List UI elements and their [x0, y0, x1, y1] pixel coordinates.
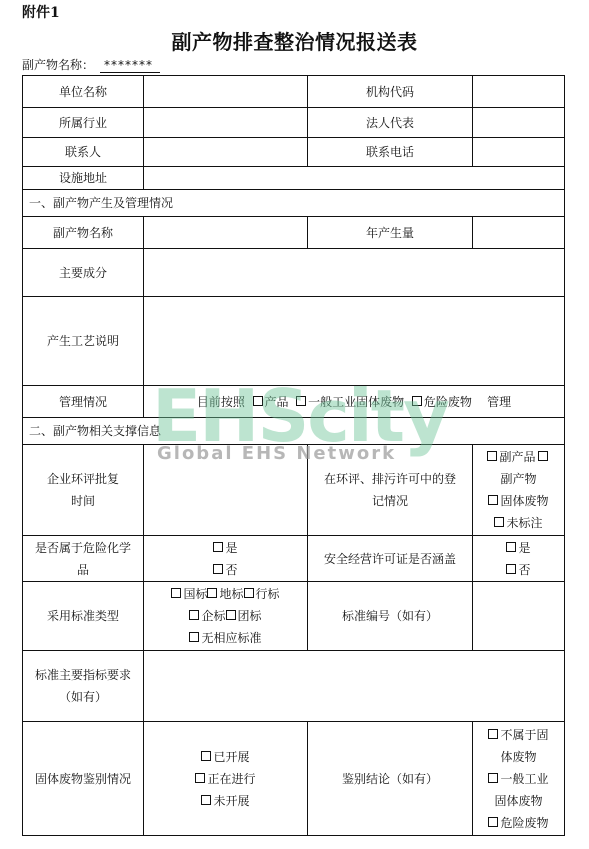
solid-waste-id-label: 固体废物鉴别情况 [23, 722, 144, 836]
option-solid-waste[interactable]: 固体废物 [500, 494, 548, 508]
checkbox-icon[interactable] [296, 396, 306, 406]
management-prefix: 目前按照 [197, 395, 245, 409]
std-national[interactable]: 国标 [183, 587, 207, 601]
checkbox-icon[interactable] [244, 588, 254, 598]
safety-permit-label: 安全经营许可证是否涵盖 [308, 536, 473, 582]
hazchem-label: 是否属于危险化学 品 [23, 536, 144, 582]
checkbox-icon[interactable] [226, 610, 236, 620]
section2-heading: 二、副产物相关支撑信息 [23, 418, 565, 445]
main-components-label: 主要成分 [23, 249, 144, 297]
checkbox-icon[interactable] [488, 773, 498, 783]
std-enterprise[interactable]: 企标 [201, 609, 225, 623]
checkbox-icon[interactable] [207, 588, 217, 598]
checkbox-icon[interactable] [494, 517, 504, 527]
process-desc-label: 产生工艺说明 [23, 297, 144, 386]
byproduct-name-row-label: 副产物名称 [23, 217, 144, 249]
annual-output-label: 年产生量 [308, 217, 473, 249]
contact-label: 联系人 [23, 138, 144, 167]
hazchem-yes[interactable]: 是 [225, 541, 237, 555]
checkbox-icon[interactable] [213, 542, 223, 552]
standard-no-label: 标准编号（如有） [308, 582, 473, 651]
standard-no-field[interactable] [473, 582, 565, 651]
section1-heading: 一、副产物产生及管理情况 [23, 190, 565, 217]
registration-options: 副产品 副产物 固体废物 未标注 [473, 445, 565, 536]
checkbox-icon[interactable] [506, 564, 516, 574]
byproduct-name-line: 副产物名称：******* [22, 56, 160, 73]
std-industry[interactable]: 行标 [256, 587, 280, 601]
conclusion-hazardous-waste[interactable]: 危险废物 [500, 816, 548, 830]
standard-req-field[interactable] [144, 651, 565, 722]
conclusion-general-solid-waste[interactable]: 一般工业 [500, 772, 548, 786]
conclusion-label: 鉴别结论（如有） [308, 722, 473, 836]
management-option-product[interactable]: 产品 [253, 395, 289, 409]
management-options: 目前按照 产品 一般工业固体废物 危险废物 管理 [144, 386, 565, 418]
byproduct-name-value[interactable]: ******* [100, 58, 160, 73]
id-in-progress[interactable]: 正在进行 [207, 772, 255, 786]
contact-field[interactable] [144, 138, 308, 167]
std-local[interactable]: 地标 [219, 587, 243, 601]
industry-field[interactable] [144, 108, 308, 138]
standard-type-options: 国标地标行标 企标团标 无相应标准 [144, 582, 308, 651]
hazchem-no[interactable]: 否 [225, 563, 237, 577]
checkbox-icon[interactable] [189, 610, 199, 620]
management-suffix: 管理 [487, 395, 511, 409]
report-form-table: 单位名称 机构代码 所属行业 法人代表 联系人 联系电话 设施地址 一、副产物产… [22, 75, 565, 836]
standard-req-label: 标准主要指标要求 （如有） [23, 651, 144, 722]
annual-output-field[interactable] [473, 217, 565, 249]
org-code-field[interactable] [473, 76, 565, 108]
eia-approval-field[interactable] [144, 445, 308, 536]
checkbox-icon[interactable] [195, 773, 205, 783]
std-none[interactable]: 无相应标准 [201, 631, 261, 645]
phone-field[interactable] [473, 138, 565, 167]
hazchem-options: 是 否 [144, 536, 308, 582]
safety-permit-yes[interactable]: 是 [518, 541, 530, 555]
checkbox-icon[interactable] [412, 396, 422, 406]
checkbox-icon[interactable] [538, 451, 548, 461]
id-not-started[interactable]: 未开展 [213, 794, 249, 808]
checkbox-icon[interactable] [171, 588, 181, 598]
main-components-field[interactable] [144, 249, 565, 297]
management-option-general-solid-waste[interactable]: 一般工业固体废物 [296, 395, 404, 409]
legal-rep-label: 法人代表 [308, 108, 473, 138]
checkbox-icon[interactable] [488, 729, 498, 739]
checkbox-icon[interactable] [201, 795, 211, 805]
checkbox-icon[interactable] [488, 495, 498, 505]
option-unmarked[interactable]: 未标注 [506, 516, 542, 530]
org-code-label: 机构代码 [308, 76, 473, 108]
byproduct-name-label: 副产物名称： [22, 58, 94, 72]
checkbox-icon[interactable] [253, 396, 263, 406]
process-desc-field[interactable] [144, 297, 565, 386]
checkbox-icon[interactable] [487, 451, 497, 461]
attachment-label: 附件1 [22, 2, 60, 22]
page-title: 副产物排查整治情况报送表 [0, 26, 589, 55]
phone-label: 联系电话 [308, 138, 473, 167]
id-done[interactable]: 已开展 [213, 750, 249, 764]
option-byproduct-product[interactable]: 副产品 [499, 450, 535, 464]
conclusion-options: 不属于固 体废物 一般工业 固体废物 危险废物 [473, 722, 565, 836]
checkbox-icon[interactable] [488, 817, 498, 827]
checkbox-icon[interactable] [201, 751, 211, 761]
management-option-hazardous-waste[interactable]: 危险废物 [412, 395, 472, 409]
registration-label: 在环评、排污许可中的登 记情况 [308, 445, 473, 536]
management-label: 管理情况 [23, 386, 144, 418]
address-label: 设施地址 [23, 167, 144, 190]
industry-label: 所属行业 [23, 108, 144, 138]
checkbox-icon[interactable] [506, 542, 516, 552]
unit-name-label: 单位名称 [23, 76, 144, 108]
checkbox-icon[interactable] [213, 564, 223, 574]
legal-rep-field[interactable] [473, 108, 565, 138]
option-byproduct[interactable]: 副产物 [475, 468, 562, 490]
byproduct-name-row-field[interactable] [144, 217, 308, 249]
safety-permit-options: 是 否 [473, 536, 565, 582]
standard-type-label: 采用标准类型 [23, 582, 144, 651]
conclusion-not-solid-waste[interactable]: 不属于固 [500, 728, 548, 742]
eia-approval-label: 企业环评批复 时间 [23, 445, 144, 536]
unit-name-field[interactable] [144, 76, 308, 108]
safety-permit-no[interactable]: 否 [518, 563, 530, 577]
address-field[interactable] [144, 167, 565, 190]
checkbox-icon[interactable] [189, 632, 199, 642]
solid-waste-id-options: 已开展 正在进行 未开展 [144, 722, 308, 836]
std-group[interactable]: 团标 [238, 609, 262, 623]
